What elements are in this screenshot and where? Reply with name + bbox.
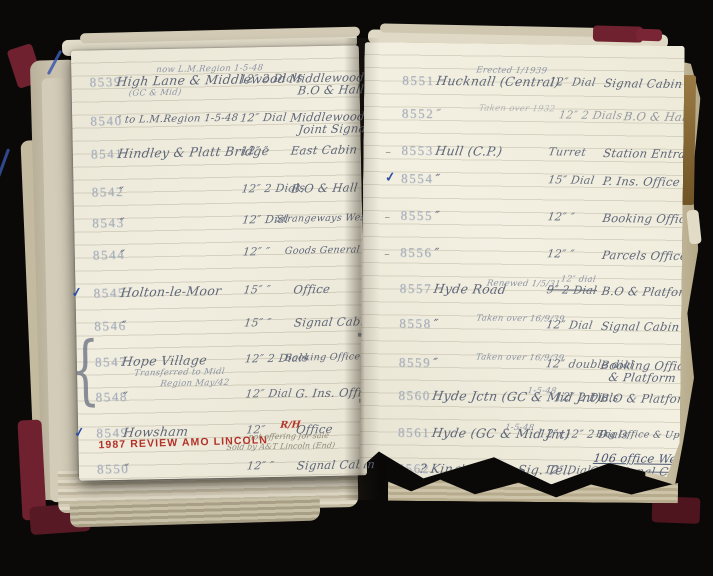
pencil-mark: – <box>384 210 390 224</box>
cover-red-top-right-2 <box>636 29 662 42</box>
pencil-note-2: Sold by A&T Lincoln (End) <box>226 439 336 455</box>
check-mark: ✓ <box>71 286 84 302</box>
page-curl-right <box>686 209 701 244</box>
ledger-row-8554: ✓8554″15″ DialP. Ins. Office <box>363 171 683 201</box>
station-name: ″ <box>435 107 442 121</box>
row-number: 8554 <box>401 172 434 186</box>
dial-size: 12″ Dial <box>239 111 287 126</box>
dial-size: 15″ Dial <box>547 173 596 188</box>
dial-size: 15″ ″ <box>243 283 272 298</box>
ledger-row-8553: –8553Hull (C.P.)TurretStation Entrance <box>363 143 683 173</box>
dial-size: 15″ ″ <box>243 316 272 331</box>
ledger-row-8544: 8544″12″ ″Goods General Office <box>75 243 363 275</box>
row-number: 8561 <box>398 425 431 439</box>
row-number: 8555 <box>400 209 433 223</box>
mid-note: 1-5-48 <box>504 421 535 435</box>
ledger-row-8545: ✓8545Holton-le-Moor15″ ″Office <box>75 281 363 313</box>
dial-size: 12″ Dial <box>548 75 597 90</box>
ledger-row-8540: 8540″ to L.M.Region 1-5-4812″ DialMiddle… <box>72 109 360 141</box>
location: B.O & Hall <box>623 109 691 124</box>
pencil-mark: – <box>385 145 391 159</box>
row-number: 8551 <box>402 74 435 88</box>
station-name: ″ to L.M.Region 1-5-48 <box>116 112 239 128</box>
ledger-row-8550: 8550″12″ ″Signal Cabin <box>79 457 367 489</box>
ledger-row-8541: 8541Hindley & Platt Bridge12″ ″East Cabi… <box>73 142 361 174</box>
pencil-mark: – <box>384 247 390 261</box>
location-line-2: B.O & Hall <box>297 82 365 97</box>
station-name: ″ <box>434 172 441 186</box>
dial-size: 12″ ″ <box>246 459 275 474</box>
dial-size: 12″ ″ <box>547 210 576 224</box>
ledger-left-page: 8539High Lane & Middlewoodnow L.M.Region… <box>71 45 367 480</box>
row-number: 8558 <box>399 317 432 331</box>
dial-size: 12″ ″ <box>240 144 269 159</box>
row-number: 8559 <box>399 356 432 370</box>
blue-pen-stroke-left-margin <box>0 148 10 177</box>
location: Signal Cabin <box>603 76 683 91</box>
ledger-row-8547: 8547Hope VillageTransferred to MidlRegio… <box>77 350 365 382</box>
ledger-row-8560: 8560Hyde Jctn (GC & Mid Jnt)1-5-4812″ 2 … <box>360 388 680 418</box>
dial-size-new: 12″ dial <box>560 272 597 286</box>
dial-size: 12″ Dial <box>543 463 592 478</box>
check-mark: ✓ <box>384 171 397 186</box>
ledger-row-8546: 8546″15″ ″Signal Cabin <box>76 314 364 346</box>
station-name: Hull (C.P.) <box>434 144 503 159</box>
torn-page-bottom-right <box>388 477 678 504</box>
mid-note: Taken over 1932 <box>478 101 556 116</box>
dial-size: Turret <box>547 145 587 159</box>
ledger-row-8543: 8543″12″ DialStrangeways West Jct Cabin <box>74 211 362 243</box>
ledger-right-page: 8551Hucknall (Central)Erected 1/193912″ … <box>359 42 684 486</box>
row-number: 8552 <box>402 107 435 121</box>
ledger-row-8548: 8548″12″ DialG. Ins. Office <box>77 385 365 417</box>
location: East Cabin <box>290 142 358 157</box>
ledger-row-8558: 8558″Taken over 16/9/3912″ DialSignal Ca… <box>361 316 681 346</box>
location: Parcels Office <box>601 248 688 263</box>
station-name: ″ <box>433 246 440 260</box>
interline-note: Erected 1/1939 <box>475 63 548 78</box>
location: Bkg Office & Up Platform <box>595 428 713 444</box>
location-new: 106 office West Side <box>593 451 713 467</box>
dial-size: 12″ Dial <box>245 387 293 402</box>
ledger-row-8556: –8556″12″ ″Parcels Office <box>362 245 682 275</box>
row-number: 8553 <box>401 144 434 158</box>
ledger-row-8542: 8542″12″ 2 DialsB.O & Hall <box>73 180 361 212</box>
dial-size: 12″ ″ <box>242 245 271 260</box>
station-name: ″ <box>432 317 439 331</box>
check-mark: ✓ <box>73 426 86 442</box>
location: Signal Cabin <box>600 319 680 334</box>
row-number: 8560 <box>398 389 431 403</box>
ledger-row-8552: 8552″Taken over 193212″ 2 DialsB.O & Hal… <box>364 106 684 136</box>
station-name: ″ <box>432 356 439 370</box>
location-line-2: & Platform <box>608 370 678 385</box>
right-page-rows: 8551Hucknall (Central)Erected 1/193912″ … <box>359 42 684 486</box>
row-number: 8556 <box>400 246 433 260</box>
dial-size: 12″ 2 Dials <box>558 108 624 123</box>
location: P. Ins. Office <box>602 174 681 189</box>
ledger-row-8557: 8557Hyde RoadRenewed 1/5/319″ 2 Dial12″ … <box>361 281 681 311</box>
ledger-row-8555: –8555″12″ ″Booking Office <box>362 208 682 238</box>
ledger-photo: 8539High Lane & Middlewoodnow L.M.Region… <box>0 0 713 576</box>
ledger-row-8549: ✓8549Howsham12″R/HOffice1987 REVIEW AMO … <box>78 421 366 453</box>
row-number: 8557 <box>400 282 433 296</box>
ledger-row-8539: 8539High Lane & Middlewoodnow L.M.Region… <box>71 70 359 102</box>
grouping-brace-open: { <box>70 332 100 408</box>
location: Booking Office <box>601 211 694 226</box>
ledger-row-8551: 8551Hucknall (Central)Erected 1/193912″ … <box>364 73 684 103</box>
subline-note: (GC & Mid) <box>128 86 182 101</box>
dial-size: 12″ Dial <box>545 318 594 333</box>
station-name: Holton-le-Moor <box>120 284 223 300</box>
location-struck: Gds Signal Cabin <box>588 464 696 479</box>
location: Office <box>293 282 331 297</box>
mid-note: 1-5-48 <box>526 384 557 398</box>
left-page-rows: 8539High Lane & Middlewoodnow L.M.Region… <box>71 45 367 480</box>
location: B.O & Hall <box>291 180 359 195</box>
ledger-row-8559: 8559″Taken over 16/9/3912″ double dialBo… <box>361 355 681 385</box>
dial-size: 12″ ″ <box>546 247 575 261</box>
station-name: ″ <box>434 209 441 223</box>
